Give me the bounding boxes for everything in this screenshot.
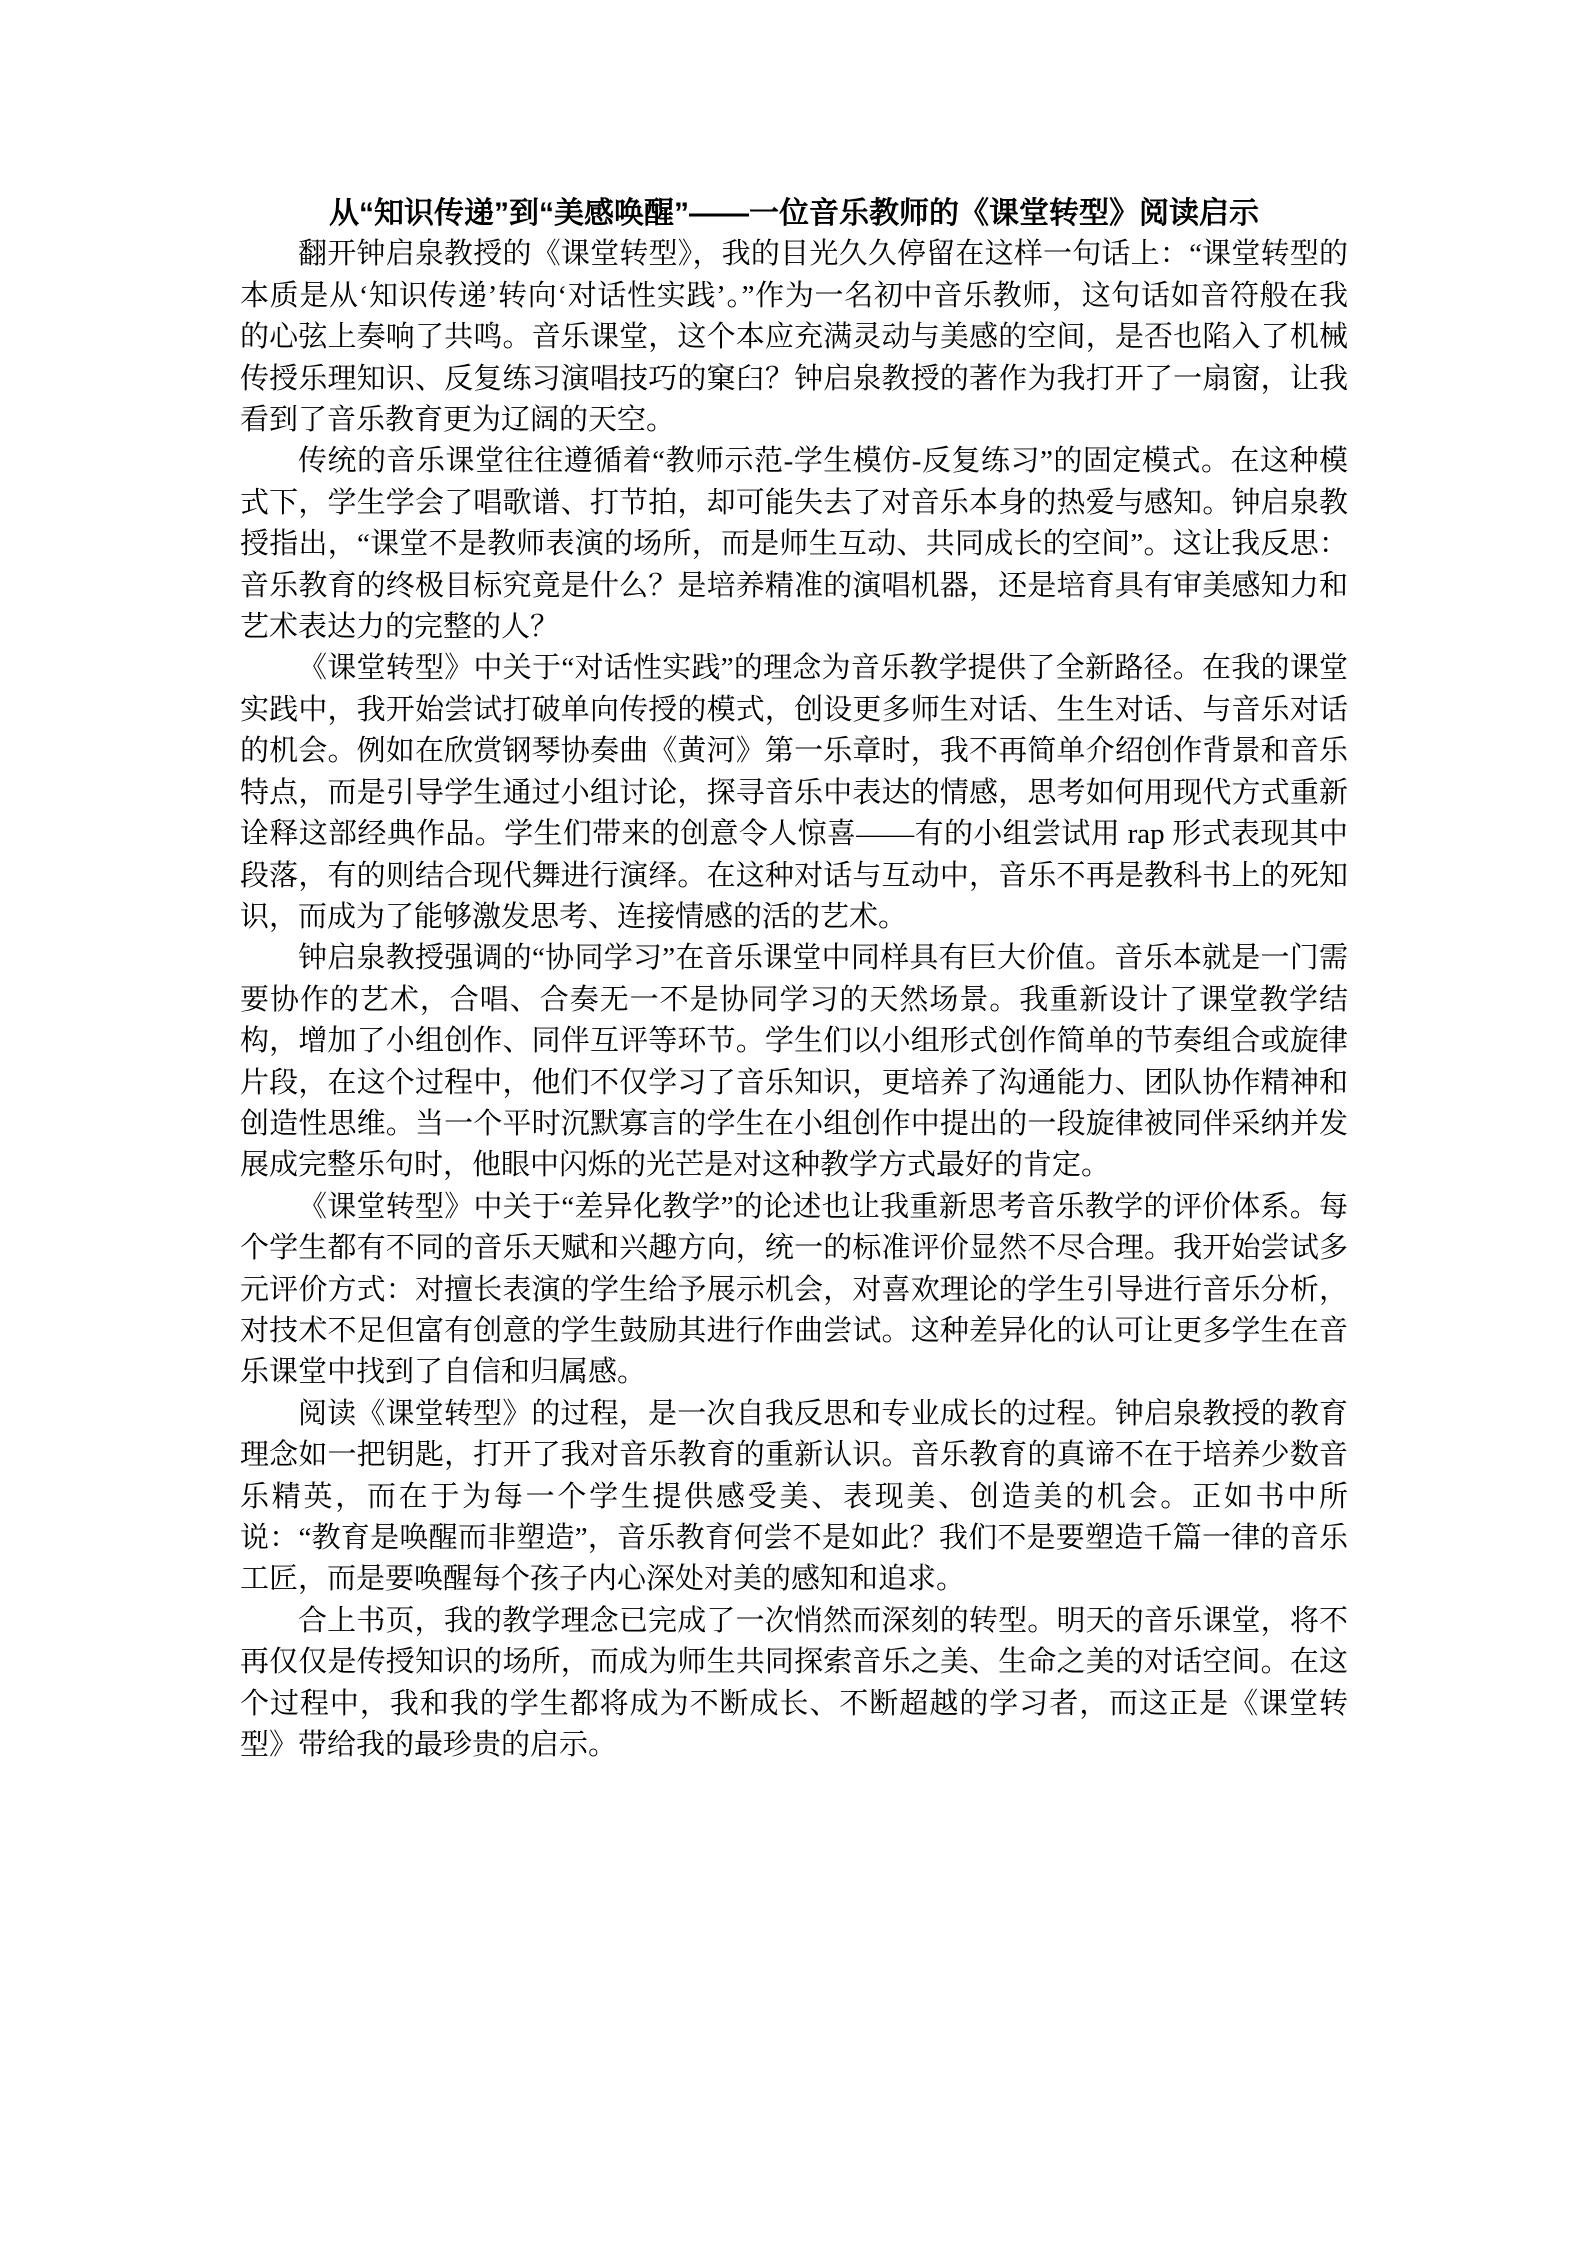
paragraph: 《课堂转型》中关于“差异化教学”的论述也让我重新思考音乐教学的评价体系。每个学生… [240,1187,1348,1394]
document-title: 从“知识传递”到“美感唤醒”——一位音乐教师的《课堂转型》阅读启示 [240,193,1348,234]
paragraph: 翻开钟启泉教授的《课堂转型》，我的目光久久停留在这样一句话上：“课堂转型的本质是… [240,234,1348,441]
document-page: 从“知识传递”到“美感唤醒”——一位音乐教师的《课堂转型》阅读启示 翻开钟启泉教… [0,0,1586,2244]
paragraph: 钟启泉教授强调的“协同学习”在音乐课堂中同样具有巨大价值。音乐本就是一门需要协作… [240,938,1348,1186]
document-body: 从“知识传递”到“美感唤醒”——一位音乐教师的《课堂转型》阅读启示 翻开钟启泉教… [240,193,1348,1766]
paragraph: 传统的音乐课堂往往遵循着“教师示范-学生模仿-反复练习”的固定模式。在这种模式下… [240,441,1348,648]
paragraph: 《课堂转型》中关于“对话性实践”的理念为音乐教学提供了全新路径。在我的课堂实践中… [240,648,1348,938]
paragraph: 合上书页，我的教学理念已完成了一次悄然而深刻的转型。明天的音乐课堂，将不再仅仅是… [240,1601,1348,1767]
paragraph: 阅读《课堂转型》的过程，是一次自我反思和专业成长的过程。钟启泉教授的教育理念如一… [240,1394,1348,1601]
